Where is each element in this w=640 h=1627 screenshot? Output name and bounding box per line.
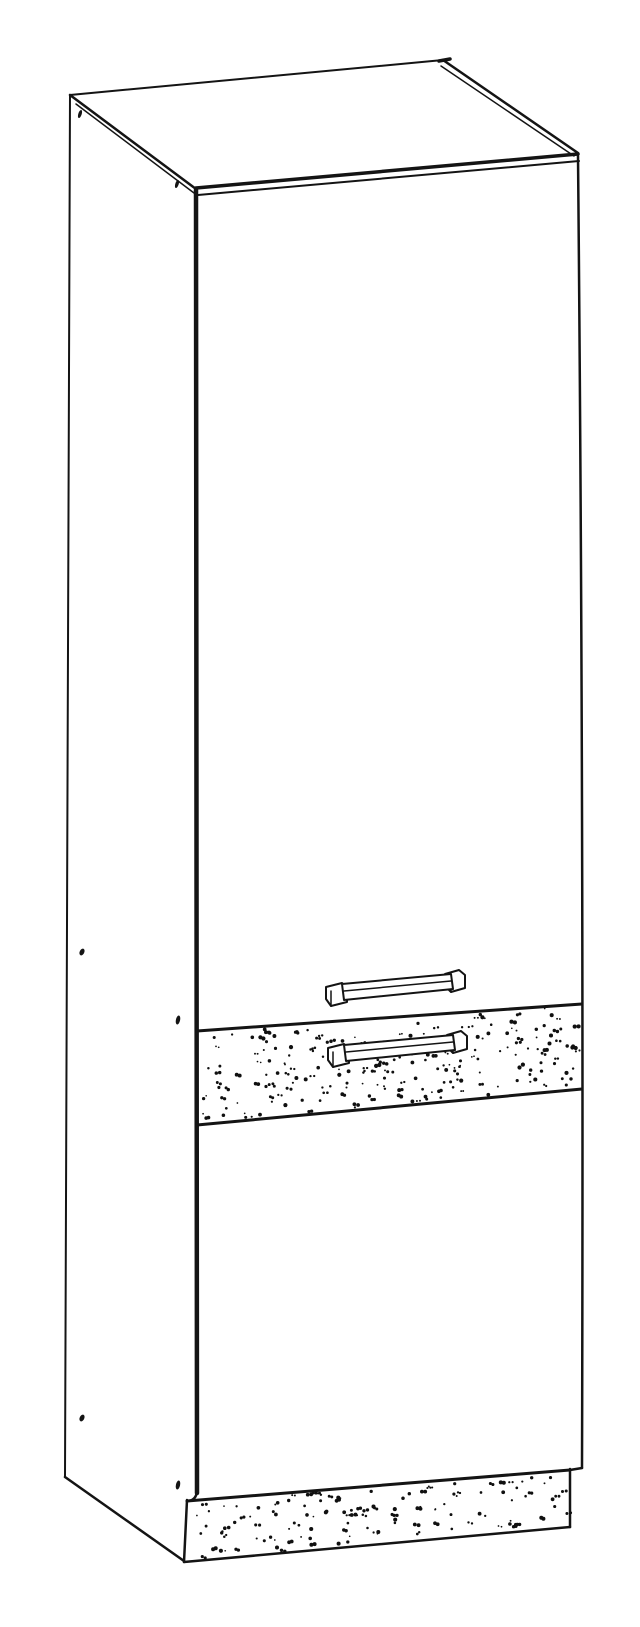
drawing-svg: Tall cabinet technical line drawing Left… [0,0,640,1627]
decor-band: Speckled decor band [197,1004,582,1125]
top-right-corner-joint [439,59,450,61]
front-right-edge [578,156,583,1468]
top-front-edge [196,154,578,188]
front-edges [187,156,583,1501]
door-top-edge [198,161,579,195]
front-left-edge [196,190,197,1493]
top-right-edge-outer [443,60,578,153]
side-panel-bottom-edge [65,1477,184,1561]
cabinet-technical-drawing: Tall cabinet technical line drawing Left… [0,0,640,1627]
band-speckle-texture [202,1008,581,1120]
side-panel-top-edge-inner [76,104,194,193]
front-bottom-edge [187,1470,570,1501]
hinge-mark [175,1480,181,1490]
upper-door-handle: Upper bar handle [326,970,465,1006]
band-handle: Lower bar handle [328,1031,467,1067]
band-top-edge [197,1004,582,1031]
hinge-mark [77,109,83,118]
top-rear-edge [70,60,443,95]
fitting-hole [78,948,85,956]
top-face: Cabinet top [70,59,579,195]
lower-panel: Lower door panel [187,1468,582,1501]
band-bottom-edge [197,1089,582,1125]
plinth-speckle-texture [196,1476,572,1560]
bottom-right-step [570,1468,582,1470]
top-right-edge-inner [441,66,574,156]
hinge-marks: Hinge position marks [77,109,181,1489]
plinth-left-edge [184,1500,187,1562]
handle-bar [342,974,453,1000]
hinge-mark [175,1015,181,1025]
plinth: Speckled plinth [184,1469,572,1562]
fitting-hole [78,1414,85,1422]
side-panel-rear-edge [65,95,70,1477]
side-panel: Left side panel [65,95,196,1561]
side-panel-top-edge-outer [70,95,196,189]
